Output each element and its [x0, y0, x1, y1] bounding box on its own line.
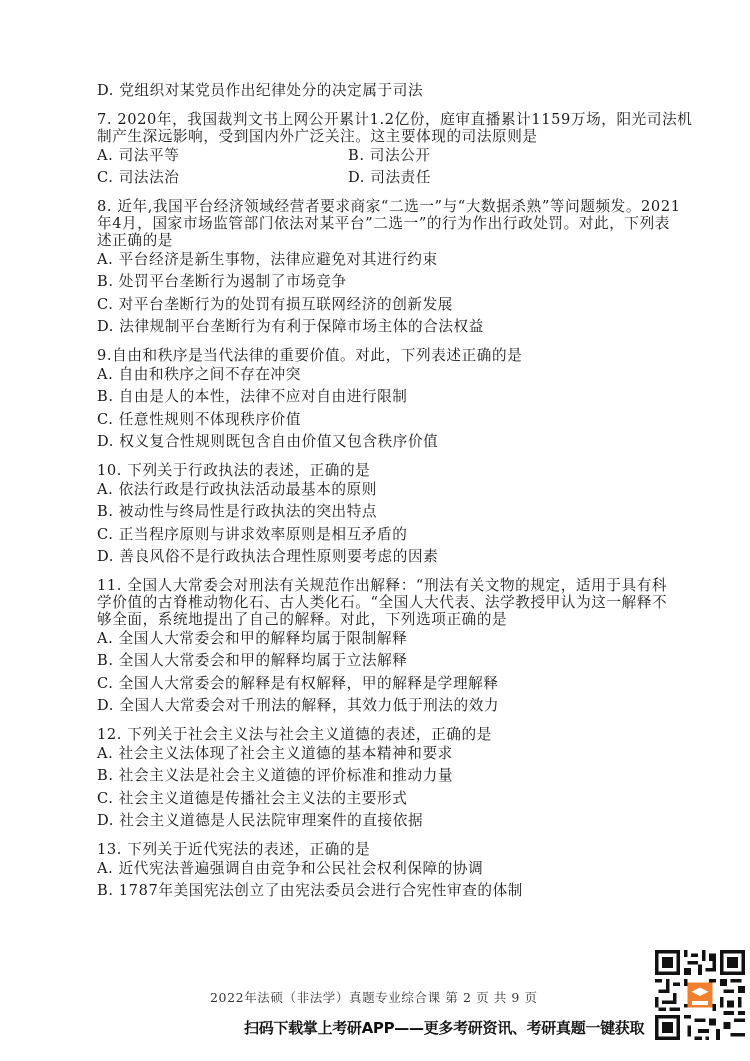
option-row: C. 司法法治 D. 司法责任	[97, 167, 657, 190]
option-a: A. 社会主义法体现了社会主义道德的基本精神和要求	[97, 743, 657, 766]
question-stem: 11. 全国人大常委会对刑法有关规范作出解释：“刑法有关文物的规定，适用于具有科…	[97, 577, 657, 628]
question-stem: 7. 2020年，我国裁判文书上网公开累计1.2亿份，庭审直播累计1159万场，…	[97, 111, 657, 145]
stem-line: 8. 近年,我国平台经济领域经营者要求商家“二选一”与“大数据杀熟”等问题频发。…	[97, 198, 657, 215]
stem-line: 述正确的是	[97, 232, 657, 249]
stem-line: 7. 2020年，我国裁判文书上网公开累计1.2亿份，庭审直播累计1159万场，…	[97, 111, 657, 128]
option-a: A. 依法行政是行政执法活动最基本的原则	[97, 479, 657, 502]
question-9: 9.自由和秩序是当代法律的重要价值。对此，下列表述正确的是 A. 自由和秩序之间…	[97, 347, 657, 454]
option-c: C. 对平台垄断行为的处罚有损互联网经济的创新发展	[97, 294, 657, 317]
stem-line: 制产生深远影响，受到国内外广泛关注。这主要体现的司法原则是	[97, 128, 657, 145]
option-b: B. 全国人大常委会和甲的解释均属于立法解释	[97, 650, 657, 673]
question-13: 13. 下列关于近代宪法的表述，正确的是 A. 近代宪法普遍强调自由竞争和公民社…	[97, 841, 657, 903]
question-stem: 12. 下列关于社会主义法与社会主义道德的表述，正确的是	[97, 726, 657, 743]
option-b: B. 自由是人的本性，法律不应对自由进行限制	[97, 386, 657, 409]
option-c: C. 社会主义道德是传播社会主义法的主要形式	[97, 788, 657, 811]
qr-code-icon[interactable]	[655, 950, 745, 1040]
question-11: 11. 全国人大常委会对刑法有关规范作出解释：“刑法有关文物的规定，适用于具有科…	[97, 577, 657, 718]
question-7: 7. 2020年，我国裁判文书上网公开累计1.2亿份，庭审直播累计1159万场，…	[97, 111, 657, 190]
option-c: C. 司法法治	[97, 167, 348, 190]
stem-line: 9.自由和秩序是当代法律的重要价值。对此，下列表述正确的是	[97, 347, 657, 364]
stem-line: 够全面，系统地提出了自己的解释。对此，下列选项正确的是	[97, 611, 657, 628]
option-c: C. 正当程序原则与讲求效率原则是相互矛盾的	[97, 524, 657, 547]
stem-line: 13. 下列关于近代宪法的表述，正确的是	[97, 841, 657, 858]
option-b: B. 处罚平台垄断行为遏制了市场竞争	[97, 271, 657, 294]
option-c: C. 全国人大常委会的解释是有权解释，甲的解释是学理解释	[97, 673, 657, 696]
question-stem: 10. 下列关于行政执法的表述，正确的是	[97, 462, 657, 479]
stem-line: 12. 下列关于社会主义法与社会主义道德的表述，正确的是	[97, 726, 657, 743]
option-a: A. 司法平等	[97, 145, 348, 168]
stem-line: 学价值的古脊椎动物化石、古人类化石。“全国人大代表、法学教授甲认为这一解释不	[97, 594, 657, 611]
app-download-banner[interactable]: 扫码下载掌上考研APP——更多考研资讯、考研真题一键获取	[244, 1017, 644, 1038]
stem-line: 11. 全国人大常委会对刑法有关规范作出解释：“刑法有关文物的规定，适用于具有科	[97, 577, 657, 594]
stem-line: 年4月，国家市场监管部门依法对某平台”二选一”的行为作出行政处罚。对此，下列表	[97, 215, 657, 232]
page-footer: 2022年法硕（非法学）真题专业综合课 第 2 页 共 9 页	[210, 988, 538, 1006]
option-d: D. 法律规制平台垄断行为有利于保障市场主体的合法权益	[97, 316, 657, 339]
option-a: A. 全国人大常委会和甲的解释均属于限制解释	[97, 628, 657, 651]
option-a: A. 平台经济是新生事物，法律应避免对其进行约束	[97, 249, 657, 272]
option-d: D. 司法责任	[348, 167, 599, 190]
question-12: 12. 下列关于社会主义法与社会主义道德的表述，正确的是 A. 社会主义法体现了…	[97, 726, 657, 833]
question-stem: 8. 近年,我国平台经济领域经营者要求商家“二选一”与“大数据杀熟”等问题频发。…	[97, 198, 657, 249]
previous-question-option-d: D. 党组织对某党员作出纪律处分的决定属于司法	[97, 80, 657, 103]
option-d: D. 全国人大常委会对千刑法的解释，其效力低于刑法的效力	[97, 695, 657, 718]
option-d: D. 社会主义道德是人民法院审理案件的直接依据	[97, 810, 657, 833]
option-b: B. 社会主义法是社会主义道德的评价标准和推动力量	[97, 765, 657, 788]
option-d: D. 善良风俗不是行政执法合理性原则要考虑的因素	[97, 546, 657, 569]
option-c: C. 任意性规则不体现秩序价值	[97, 409, 657, 432]
option-a: A. 自由和秩序之间不存在冲突	[97, 364, 657, 387]
stem-line: 10. 下列关于行政执法的表述，正确的是	[97, 462, 657, 479]
option-b: B. 司法公开	[348, 145, 599, 168]
question-8: 8. 近年,我国平台经济领域经营者要求商家“二选一”与“大数据杀熟”等问题频发。…	[97, 198, 657, 339]
question-stem: 9.自由和秩序是当代法律的重要价值。对此，下列表述正确的是	[97, 347, 657, 364]
option-a: A. 近代宪法普遍强调自由竞争和公民社会权利保障的协调	[97, 858, 657, 881]
exam-page: D. 党组织对某党员作出纪律处分的决定属于司法 7. 2020年，我国裁判文书上…	[97, 80, 657, 903]
option-b: B. 1787年美国宪法创立了由宪法委员会进行合宪性审查的体制	[97, 880, 657, 903]
question-stem: 13. 下列关于近代宪法的表述，正确的是	[97, 841, 657, 858]
option-b: B. 被动性与终局性是行政执法的突出特点	[97, 501, 657, 524]
question-10: 10. 下列关于行政执法的表述，正确的是 A. 依法行政是行政执法活动最基本的原…	[97, 462, 657, 569]
option-row: A. 司法平等 B. 司法公开	[97, 145, 657, 168]
option-d: D. 权义复合性规则既包含自由价值又包含秩序价值	[97, 431, 657, 454]
